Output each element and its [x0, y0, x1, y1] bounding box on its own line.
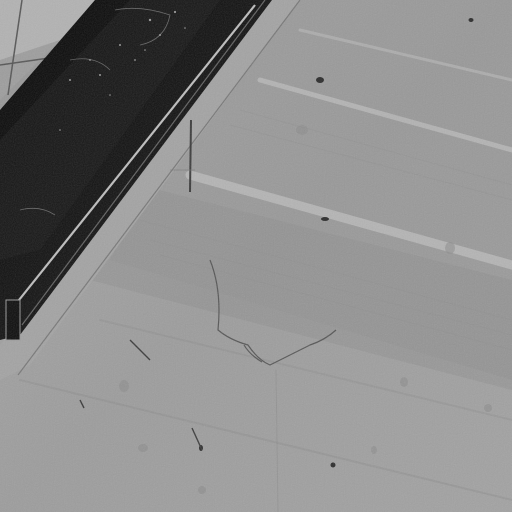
concrete-floor-photo: [0, 0, 512, 512]
film-grain: [0, 0, 512, 512]
